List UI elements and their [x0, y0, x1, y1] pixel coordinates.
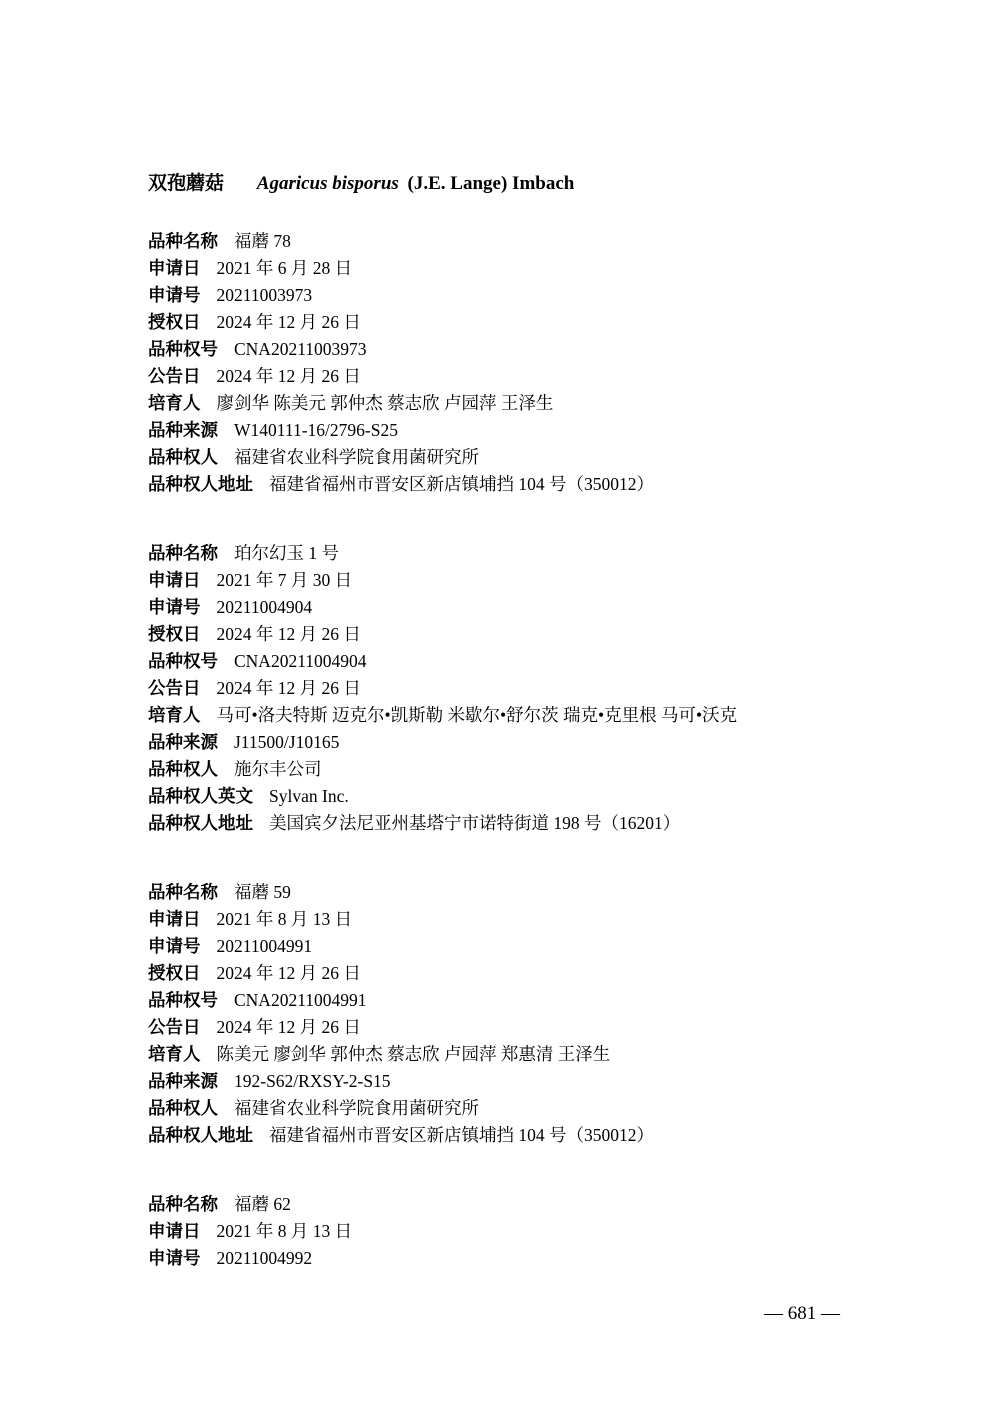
field-row: 授权日2024 年 12 月 26 日 [148, 309, 842, 336]
field-row: 品种权人英文Sylvan Inc. [148, 783, 842, 810]
species-heading: 双孢蘑菇 Agaricus bisporus (J.E. Lange) Imba… [148, 170, 842, 197]
field-label: 品种来源 [148, 420, 218, 440]
field-value: 20211004992 [217, 1248, 313, 1268]
field-label: 品种名称 [148, 543, 218, 563]
field-label: 品种权号 [148, 990, 218, 1010]
species-name-cn: 双孢蘑菇 [148, 173, 224, 194]
field-value: 20211003973 [217, 285, 313, 305]
field-row: 申请号20211003973 [148, 282, 842, 309]
field-label: 申请日 [148, 258, 201, 278]
field-value: 20211004991 [217, 936, 313, 956]
field-row: 申请日2021 年 8 月 13 日 [148, 1218, 842, 1245]
field-label: 品种来源 [148, 1071, 218, 1091]
field-label: 品种权人地址 [148, 1125, 253, 1145]
field-value: 马可•洛夫特斯 迈克尔•凯斯勒 米歇尔•舒尔茨 瑞克•克里根 马可•沃克 [217, 705, 738, 725]
field-label: 申请号 [148, 936, 201, 956]
field-value: 20211004904 [217, 597, 313, 617]
page-content: 双孢蘑菇 Agaricus bisporus (J.E. Lange) Imba… [148, 170, 842, 1314]
field-label: 品种权人英文 [148, 786, 253, 806]
field-label: 品种权人 [148, 447, 218, 467]
field-label: 品种权人地址 [148, 813, 253, 833]
field-value: 珀尔幻玉 1 号 [234, 543, 339, 563]
field-row: 品种权号CNA20211004904 [148, 648, 842, 675]
field-row: 品种权号CNA20211004991 [148, 987, 842, 1014]
field-row: 申请号20211004991 [148, 933, 842, 960]
field-value: 2024 年 12 月 26 日 [217, 624, 361, 644]
field-value: CNA20211004991 [234, 990, 367, 1010]
field-row: 品种来源W140111-16/2796-S25 [148, 417, 842, 444]
field-row: 授权日2024 年 12 月 26 日 [148, 621, 842, 648]
field-label: 品种名称 [148, 1194, 218, 1214]
entries-list: 品种名称福蘑 78申请日2021 年 6 月 28 日申请号2021100397… [148, 228, 842, 1272]
field-label: 品种权号 [148, 651, 218, 671]
field-value: J11500/J10165 [234, 732, 339, 752]
field-row: 申请号20211004992 [148, 1245, 842, 1272]
field-row: 品种权人地址福建省福州市晋安区新店镇埔挡 104 号（350012） [148, 471, 842, 498]
field-row: 申请日2021 年 8 月 13 日 [148, 906, 842, 933]
document-page: 双孢蘑菇 Agaricus bisporus (J.E. Lange) Imba… [0, 0, 992, 1403]
field-label: 培育人 [148, 1044, 201, 1064]
field-row: 品种权人地址福建省福州市晋安区新店镇埔挡 104 号（350012） [148, 1122, 842, 1149]
field-label: 品种名称 [148, 231, 218, 251]
field-label: 授权日 [148, 312, 201, 332]
field-label: 申请号 [148, 1248, 201, 1268]
field-value: 福建省农业科学院食用菌研究所 [234, 447, 479, 467]
field-value: 福蘑 62 [234, 1194, 291, 1214]
field-row: 品种名称福蘑 62 [148, 1191, 842, 1218]
field-label: 品种来源 [148, 732, 218, 752]
field-label: 公告日 [148, 366, 201, 386]
field-value: Sylvan Inc. [269, 786, 349, 806]
field-value: 2024 年 12 月 26 日 [217, 963, 361, 983]
field-row: 培育人廖剑华 陈美元 郭仲杰 蔡志欣 卢园萍 王泽生 [148, 390, 842, 417]
field-row: 申请号20211004904 [148, 594, 842, 621]
field-label: 申请日 [148, 909, 201, 929]
field-value: W140111-16/2796-S25 [234, 420, 398, 440]
field-value: 2021 年 8 月 13 日 [217, 1221, 353, 1241]
field-row: 品种权号CNA20211003973 [148, 336, 842, 363]
field-value: 陈美元 廖剑华 郭仲杰 蔡志欣 卢园萍 郑惠清 王泽生 [217, 1044, 611, 1064]
field-value: 福建省福州市晋安区新店镇埔挡 104 号（350012） [269, 474, 654, 494]
field-label: 授权日 [148, 624, 201, 644]
variety-entry: 品种名称福蘑 62申请日2021 年 8 月 13 日申请号2021100499… [148, 1191, 842, 1272]
field-row: 培育人马可•洛夫特斯 迈克尔•凯斯勒 米歇尔•舒尔茨 瑞克•克里根 马可•沃克 [148, 702, 842, 729]
field-label: 培育人 [148, 393, 201, 413]
field-row: 公告日2024 年 12 月 26 日 [148, 1014, 842, 1041]
field-label: 品种名称 [148, 882, 218, 902]
field-value: CNA20211004904 [234, 651, 367, 671]
field-row: 培育人陈美元 廖剑华 郭仲杰 蔡志欣 卢园萍 郑惠清 王泽生 [148, 1041, 842, 1068]
field-value: 192-S62/RXSY-2-S15 [234, 1071, 391, 1091]
field-row: 申请日2021 年 7 月 30 日 [148, 567, 842, 594]
field-row: 品种名称珀尔幻玉 1 号 [148, 540, 842, 567]
field-row: 品种名称福蘑 59 [148, 879, 842, 906]
species-name-latin: Agaricus bisporus [257, 173, 399, 194]
field-row: 品种权人地址美国宾夕法尼亚州基塔宁市诺特街道 198 号（16201） [148, 810, 842, 837]
field-value: 2024 年 12 月 26 日 [217, 678, 361, 698]
field-label: 品种权人 [148, 759, 218, 779]
field-value: 福建省福州市晋安区新店镇埔挡 104 号（350012） [269, 1125, 654, 1145]
field-value: 2024 年 12 月 26 日 [217, 366, 361, 386]
field-row: 品种来源J11500/J10165 [148, 729, 842, 756]
page-number: — 681 — [764, 1300, 840, 1327]
field-row: 品种权人施尔丰公司 [148, 756, 842, 783]
field-value: 美国宾夕法尼亚州基塔宁市诺特街道 198 号（16201） [269, 813, 680, 833]
field-row: 品种来源192-S62/RXSY-2-S15 [148, 1068, 842, 1095]
field-label: 公告日 [148, 678, 201, 698]
field-value: 2024 年 12 月 26 日 [217, 1017, 361, 1037]
field-label: 申请号 [148, 285, 201, 305]
field-row: 申请日2021 年 6 月 28 日 [148, 255, 842, 282]
field-value: 2021 年 7 月 30 日 [217, 570, 353, 590]
field-label: 培育人 [148, 705, 201, 725]
field-label: 公告日 [148, 1017, 201, 1037]
field-label: 品种权人 [148, 1098, 218, 1118]
field-value: 2021 年 8 月 13 日 [217, 909, 353, 929]
variety-entry: 品种名称福蘑 78申请日2021 年 6 月 28 日申请号2021100397… [148, 228, 842, 498]
field-row: 授权日2024 年 12 月 26 日 [148, 960, 842, 987]
field-value: 福蘑 78 [234, 231, 291, 251]
field-value: 福蘑 59 [234, 882, 291, 902]
variety-entry: 品种名称福蘑 59申请日2021 年 8 月 13 日申请号2021100499… [148, 879, 842, 1149]
field-value: 2021 年 6 月 28 日 [217, 258, 353, 278]
field-label: 申请号 [148, 597, 201, 617]
field-row: 公告日2024 年 12 月 26 日 [148, 675, 842, 702]
field-label: 申请日 [148, 1221, 201, 1241]
field-row: 品种名称福蘑 78 [148, 228, 842, 255]
field-label: 品种权人地址 [148, 474, 253, 494]
field-label: 品种权号 [148, 339, 218, 359]
species-authority: (J.E. Lange) Imbach [408, 173, 575, 194]
field-row: 品种权人福建省农业科学院食用菌研究所 [148, 1095, 842, 1122]
field-value: 施尔丰公司 [234, 759, 322, 779]
field-value: 2024 年 12 月 26 日 [217, 312, 361, 332]
variety-entry: 品种名称珀尔幻玉 1 号申请日2021 年 7 月 30 日申请号2021100… [148, 540, 842, 837]
field-label: 申请日 [148, 570, 201, 590]
field-value: 福建省农业科学院食用菌研究所 [234, 1098, 479, 1118]
field-value: CNA20211003973 [234, 339, 367, 359]
field-value: 廖剑华 陈美元 郭仲杰 蔡志欣 卢园萍 王泽生 [217, 393, 554, 413]
field-row: 公告日2024 年 12 月 26 日 [148, 363, 842, 390]
field-label: 授权日 [148, 963, 201, 983]
field-row: 品种权人福建省农业科学院食用菌研究所 [148, 444, 842, 471]
